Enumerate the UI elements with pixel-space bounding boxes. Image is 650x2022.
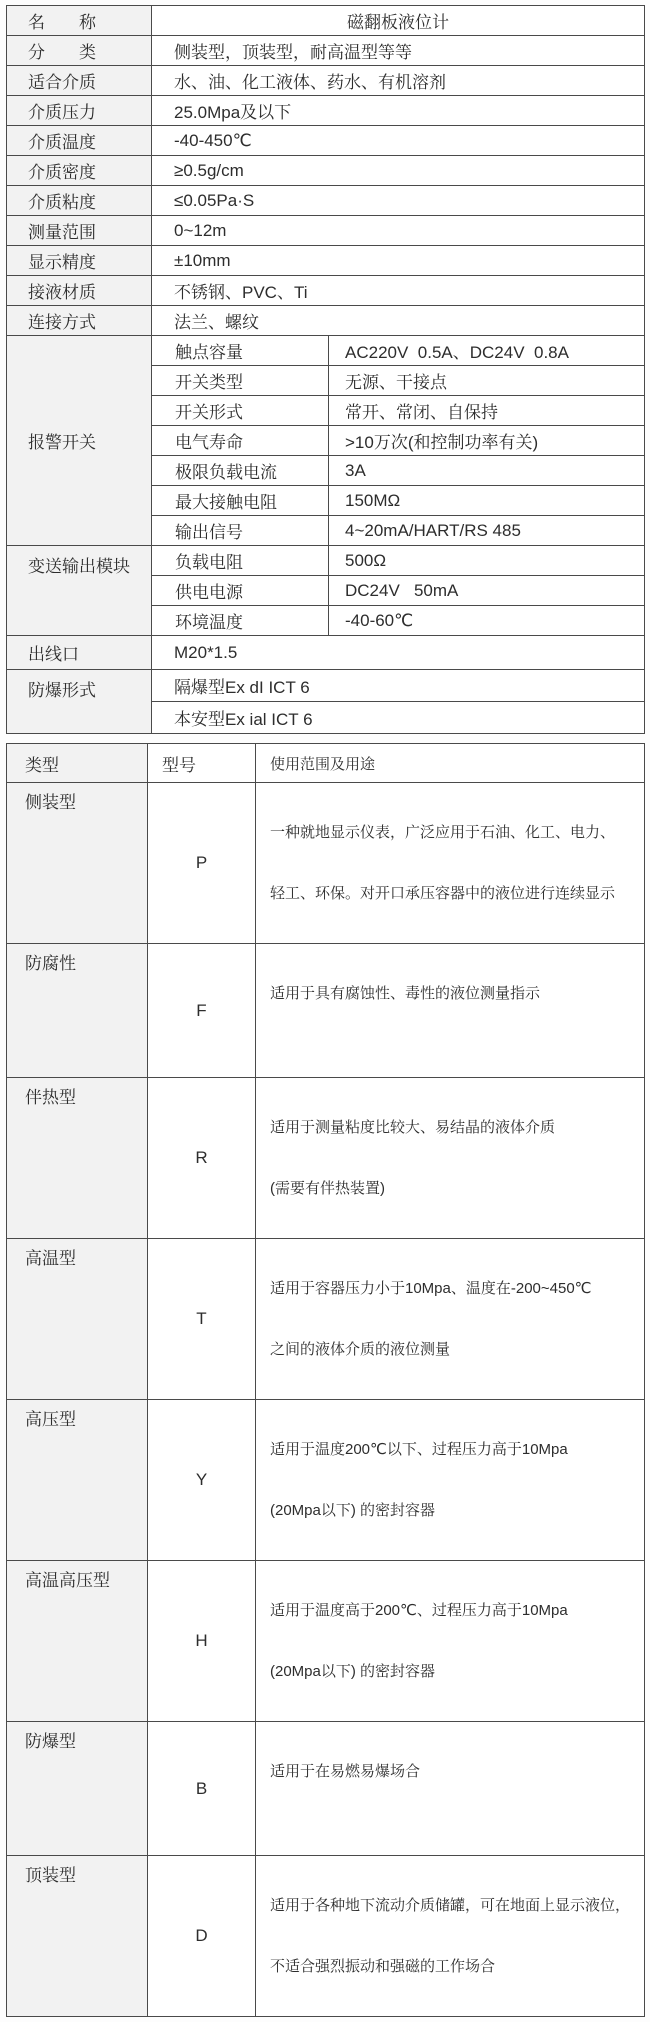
spec-row-label: 介质压力: [7, 96, 152, 126]
desc-line: 适用于具有腐蚀性、毒性的液位测量指示: [270, 980, 640, 1007]
spec-row-label: 名 称: [7, 6, 152, 36]
explosion-proof-label: 防爆形式: [7, 670, 152, 734]
spec-row-value: 0~12m: [152, 216, 645, 246]
desc-line: 一种就地显示仪表，广泛应用于石油、化工、电力、: [270, 819, 640, 846]
type-name: 高温高压型: [7, 1561, 148, 1722]
transmitter-row-value: -40-60℃: [329, 606, 645, 636]
type-row-side-mounted: 侧装型 P 一种就地显示仪表，广泛应用于石油、化工、电力、 轻工、环保。对开口承…: [7, 783, 645, 944]
alarm-row-value: 150MΩ: [329, 486, 645, 516]
desc-line: 适用于各种地下流动介质储罐，可在地面上显示液位，: [270, 1892, 640, 1919]
desc-line: 适用于温度高于200℃、过程压力高于10Mpa: [270, 1597, 640, 1624]
model-code: R: [148, 1078, 256, 1239]
model-code: T: [148, 1239, 256, 1400]
desc-line: 之间的液体介质的液位测量: [270, 1336, 640, 1363]
desc-line: 适用于在易燃易爆场合: [270, 1758, 640, 1785]
usage-desc: 适用于温度200℃以下、过程压力高于10Mpa (20Mpa以下) 的密封容器: [256, 1400, 645, 1561]
page: 名 称 磁翻板液位计 分 类 侧装型，顶装型，耐高温型等等 适合介质 水、油、化…: [0, 0, 650, 2022]
spec-table: 名 称 磁翻板液位计 分 类 侧装型，顶装型，耐高温型等等 适合介质 水、油、化…: [6, 5, 645, 734]
usage-desc: 适用于温度高于200℃、过程压力高于10Mpa (20Mpa以下) 的密封容器: [256, 1561, 645, 1722]
spec-row-label: 适合介质: [7, 66, 152, 96]
spec-row-density: 介质密度 ≥0.5g/cm: [7, 156, 645, 186]
type-row-high-temperature: 高温型 T 适用于容器压力小于10Mpa、温度在-200~450℃ 之间的液体介…: [7, 1239, 645, 1400]
type-row-explosion-proof: 防爆型 B 适用于在易燃易爆场合: [7, 1722, 645, 1856]
product-name: 磁翻板液位计: [152, 6, 645, 36]
spec-row-value: 不锈钢、PVC、Ti: [152, 276, 645, 306]
spec-row-label: 测量范围: [7, 216, 152, 246]
desc-line: 适用于测量粘度比较大、易结晶的液体介质: [270, 1114, 640, 1141]
transmitter-row-name: 供电电源: [152, 576, 329, 606]
usage-column-header: 使用范围及用途: [256, 744, 645, 783]
explosion-proof-value: 隔爆型Ex dI ICT 6: [152, 670, 645, 702]
spec-row-value: -40-450℃: [152, 126, 645, 156]
model-code: H: [148, 1561, 256, 1722]
type-row-heat-tracing: 伴热型 R 适用于测量粘度比较大、易结晶的液体介质 (需要有伴热装置): [7, 1078, 645, 1239]
spec-row-accuracy: 显示精度 ±10mm: [7, 246, 645, 276]
spec-row-media: 适合介质 水、油、化工液体、药水、有机溶剂: [7, 66, 645, 96]
usage-desc: 一种就地显示仪表，广泛应用于石油、化工、电力、 轻工、环保。对开口承压容器中的液…: [256, 783, 645, 944]
type-name: 高温型: [7, 1239, 148, 1400]
spec-row-label: 连接方式: [7, 306, 152, 336]
spec-row-outlet: 出线口 M20*1.5: [7, 636, 645, 670]
type-row-top-mounted: 顶装型 D 适用于各种地下流动介质储罐，可在地面上显示液位， 不适合强烈振动和强…: [7, 1856, 645, 2017]
type-table-header-row: 类型 型号 使用范围及用途: [7, 744, 645, 783]
alarm-row-value: AC220V 0.5A、DC24V 0.8A: [329, 336, 645, 366]
type-name: 防腐性: [7, 944, 148, 1078]
desc-line: 轻工、环保。对开口承压容器中的液位进行连续显示: [270, 880, 640, 907]
alarm-row: 报警开关 触点容量 AC220V 0.5A、DC24V 0.8A: [7, 336, 645, 366]
alarm-row-name: 开关类型: [152, 366, 329, 396]
desc-line: (需要有伴热装置): [270, 1175, 640, 1202]
type-name: 侧装型: [7, 783, 148, 944]
spec-row-value: 25.0Mpa及以下: [152, 96, 645, 126]
transmitter-section-label: 变送输出模块: [7, 546, 152, 636]
alarm-row-value: >10万次(和控制功率有关): [329, 426, 645, 456]
type-name: 高压型: [7, 1400, 148, 1561]
spec-row-label: 出线口: [7, 636, 152, 670]
alarm-row-name: 触点容量: [152, 336, 329, 366]
spec-row-label: 介质温度: [7, 126, 152, 156]
spec-row-value: 水、油、化工液体、药水、有机溶剂: [152, 66, 645, 96]
explosion-proof-value: 本安型Ex ial ICT 6: [152, 702, 645, 734]
usage-desc: 适用于具有腐蚀性、毒性的液位测量指示: [256, 944, 645, 1078]
spec-row-label: 接液材质: [7, 276, 152, 306]
type-table: 类型 型号 使用范围及用途 侧装型 P 一种就地显示仪表，广泛应用于石油、化工、…: [6, 743, 645, 2017]
usage-desc: 适用于在易燃易爆场合: [256, 1722, 645, 1856]
type-row-high-temp-high-pressure: 高温高压型 H 适用于温度高于200℃、过程压力高于10Mpa (20Mpa以下…: [7, 1561, 645, 1722]
alarm-row-name: 最大接触电阻: [152, 486, 329, 516]
spec-row-label: 介质密度: [7, 156, 152, 186]
model-column-header: 型号: [148, 744, 256, 783]
desc-line: (20Mpa以下) 的密封容器: [270, 1658, 640, 1685]
model-code: B: [148, 1722, 256, 1856]
explosion-proof-row: 防爆形式 隔爆型Ex dI ICT 6: [7, 670, 645, 702]
alarm-row-value: 4~20mA/HART/RS 485: [329, 516, 645, 546]
alarm-row-name: 电气寿命: [152, 426, 329, 456]
transmitter-row-value: DC24V 50mA: [329, 576, 645, 606]
alarm-row-name: 输出信号: [152, 516, 329, 546]
desc-line: (20Mpa以下) 的密封容器: [270, 1497, 640, 1524]
alarm-row-value: 3A: [329, 456, 645, 486]
spec-row-range: 测量范围 0~12m: [7, 216, 645, 246]
spec-row-pressure: 介质压力 25.0Mpa及以下: [7, 96, 645, 126]
alarm-row-name: 极限负载电流: [152, 456, 329, 486]
type-name: 伴热型: [7, 1078, 148, 1239]
spec-row-connection: 连接方式 法兰、螺纹: [7, 306, 645, 336]
alarm-row-value: 常开、常闭、自保持: [329, 396, 645, 426]
transmitter-row-value: 500Ω: [329, 546, 645, 576]
transmitter-row-name: 负载电阻: [152, 546, 329, 576]
spec-row-value: ≥0.5g/cm: [152, 156, 645, 186]
model-code: F: [148, 944, 256, 1078]
desc-line: 适用于容器压力小于10Mpa、温度在-200~450℃: [270, 1275, 640, 1302]
alarm-section-label: 报警开关: [7, 336, 152, 546]
spec-row-value: ≤0.05Pa·S: [152, 186, 645, 216]
type-name: 顶装型: [7, 1856, 148, 2017]
type-name: 防爆型: [7, 1722, 148, 1856]
type-column-header: 类型: [7, 744, 148, 783]
spec-row-temperature: 介质温度 -40-450℃: [7, 126, 645, 156]
spec-row-value: M20*1.5: [152, 636, 645, 670]
usage-desc: 适用于测量粘度比较大、易结晶的液体介质 (需要有伴热装置): [256, 1078, 645, 1239]
spec-row-viscosity: 介质粘度 ≤0.05Pa·S: [7, 186, 645, 216]
spec-row-label: 显示精度: [7, 246, 152, 276]
alarm-row-name: 开关形式: [152, 396, 329, 426]
desc-line: 不适合强烈振动和强磁的工作场合: [270, 1953, 640, 1980]
model-code: P: [148, 783, 256, 944]
spec-row-value: ±10mm: [152, 246, 645, 276]
spec-row-label: 分 类: [7, 36, 152, 66]
spec-row-category: 分 类 侧装型，顶装型，耐高温型等等: [7, 36, 645, 66]
model-code: Y: [148, 1400, 256, 1561]
transmitter-row: 变送输出模块 负载电阻 500Ω: [7, 546, 645, 576]
spec-row-name: 名 称 磁翻板液位计: [7, 6, 645, 36]
model-code: D: [148, 1856, 256, 2017]
type-row-anticorrosion: 防腐性 F 适用于具有腐蚀性、毒性的液位测量指示: [7, 944, 645, 1078]
usage-desc: 适用于容器压力小于10Mpa、温度在-200~450℃ 之间的液体介质的液位测量: [256, 1239, 645, 1400]
type-row-high-pressure: 高压型 Y 适用于温度200℃以下、过程压力高于10Mpa (20Mpa以下) …: [7, 1400, 645, 1561]
alarm-row-value: 无源、干接点: [329, 366, 645, 396]
spec-row-value: 侧装型，顶装型，耐高温型等等: [152, 36, 645, 66]
desc-line: 适用于温度200℃以下、过程压力高于10Mpa: [270, 1436, 640, 1463]
spec-row-wetted-material: 接液材质 不锈钢、PVC、Ti: [7, 276, 645, 306]
usage-desc: 适用于各种地下流动介质储罐，可在地面上显示液位， 不适合强烈振动和强磁的工作场合: [256, 1856, 645, 2017]
transmitter-row-name: 环境温度: [152, 606, 329, 636]
spec-row-label: 介质粘度: [7, 186, 152, 216]
spec-row-value: 法兰、螺纹: [152, 306, 645, 336]
